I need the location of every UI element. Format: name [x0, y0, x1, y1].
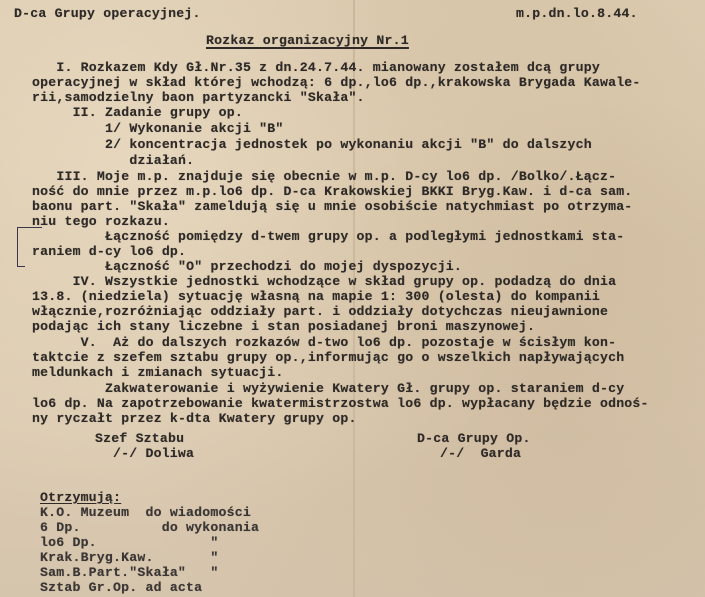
place-date: m.p.dn.lo.8.44. [516, 6, 638, 22]
section-iii-line-3: baonu part. "Skała" zameldują się u mnie… [32, 199, 632, 215]
section-ii-line-3: 2/ koncentracja jednostek po wykonaniu a… [32, 137, 592, 153]
signature-right-role: D-ca Grupy Op. [417, 431, 531, 447]
section-iv-line-3: włącznie,rozróżniając oddziały part. i o… [32, 304, 608, 320]
section-i-line-3: rii,samodzielny baon partyzancki "Skała"… [32, 90, 365, 106]
section-ii-line-1: II. Zadanie grupy op. [32, 105, 243, 121]
signature-right-name: /-/ Garda [440, 446, 521, 462]
section-v-line-3: meldunkach i zmianach sytuacji. [32, 365, 284, 381]
section-v-line-2: taktcie z szefem sztabu grupy op.,inform… [32, 350, 624, 366]
document-page: D-ca Grupy operacyjnej. m.p.dn.lo.8.44. … [0, 0, 705, 597]
section-iii-line-6: raniem d-cy lo6 dp. [32, 244, 186, 260]
section-iv-line-4: podając ich stany liczebne i stan posiad… [32, 319, 535, 335]
issuer-label: D-ca Grupy operacyjnej. [14, 6, 201, 22]
distribution-row: Sam.B.Part."Skała" " [40, 565, 219, 581]
section-v-line-4: Zakwaterowanie i wyżywienie Kwatery Gł. … [32, 381, 624, 397]
distribution-heading: Otrzymują: [40, 490, 121, 506]
section-i-line-2: operacyjnej w skład której wchodzą: 6 dp… [32, 75, 641, 91]
section-iii-line-2: ność do mnie przez m.p.lo6 dp. D-ca Krak… [32, 184, 632, 200]
section-i-line-1: I. Rozkazem Kdy Gł.Nr.35 z dn.24.7.44. m… [32, 60, 600, 76]
margin-bracket-tail [17, 266, 25, 267]
document-title: Rozkaz organizacyjny Nr.1 [206, 33, 409, 49]
section-v-line-5: lo6 dp. Na zapotrzebowanie kwatermistrzo… [32, 396, 649, 412]
section-iv-line-1: IV. Wszystkie jednostki wchodzące w skła… [32, 274, 616, 290]
section-ii-line-4: działań. [32, 153, 194, 169]
section-iii-line-5: Łączność pomiędzy d-twem grupy op. a pod… [32, 229, 624, 245]
distribution-row: lo6 Dp. " [40, 535, 219, 551]
distribution-row: 6 Dp. do wykonania [40, 520, 259, 536]
section-v-line-6: ny ryczałt przez k-dta Kwatery grupy op. [32, 411, 357, 427]
section-iii-line-7: Łączność "O" przechodzi do mojej dyspozy… [32, 259, 462, 275]
section-iii-line-1: III. Moje m.p. znajduje się obecnie w m.… [32, 169, 616, 185]
distribution-row: Sztab Gr.Op. ad acta [40, 580, 202, 596]
section-iii-line-4: niu tego rozkazu. [32, 214, 170, 230]
distribution-row: Krak.Bryg.Kaw. " [40, 550, 219, 566]
section-iv-line-2: 13.8. (niedziela) sytuację własną na map… [32, 289, 600, 305]
distribution-row: K.O. Muzeum do wiadomości [40, 505, 251, 521]
section-ii-line-2: 1/ Wykonanie akcji "B" [32, 121, 284, 137]
section-v-line-1: V. Aż do dalszych rozkazów d-two lo6 dp.… [32, 335, 616, 351]
signature-left-role: Szef Sztabu [95, 431, 184, 447]
signature-left-name: /-/ Doliwa [113, 446, 194, 462]
